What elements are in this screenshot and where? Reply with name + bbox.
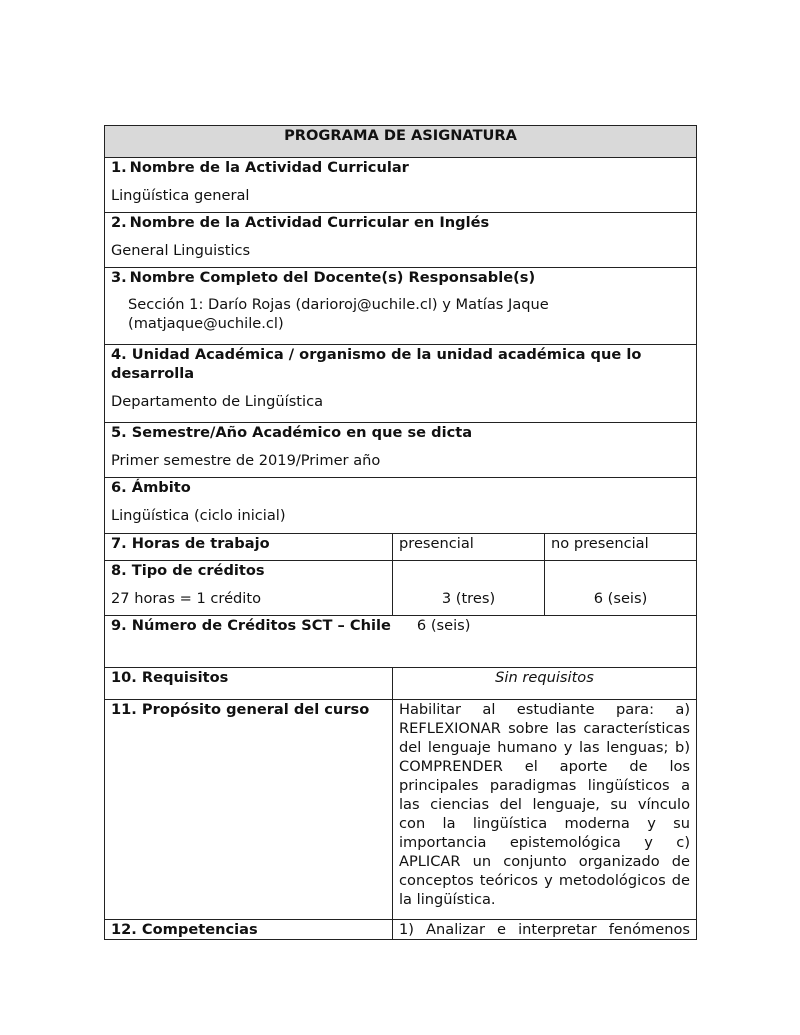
teachers-line-2: (matjaque@uchile.cl) — [128, 314, 690, 333]
section-label: 5. Semestre/Año Académico en que se dict… — [111, 423, 690, 442]
teachers-line-1: Sección 1: Darío Rojas (darioroj@uchile.… — [128, 295, 690, 314]
section-requirements: 10. Requisitos Sin requisitos — [105, 668, 697, 700]
credits-presencial: 3 (tres) — [399, 589, 538, 608]
section-value: Departamento de Lingüística — [111, 392, 690, 411]
section-value: 27 horas = 1 crédito — [111, 589, 386, 608]
section-semester: 5. Semestre/Año Académico en que se dict… — [105, 423, 697, 478]
section-label: 11. Propósito general del curso — [105, 700, 393, 920]
section-label: 4. Unidad Académica / organismo de la un… — [111, 345, 690, 383]
section-activity-name-english: 2. Nombre de la Actividad Curricular en … — [105, 213, 697, 268]
section-work-hours: 7. Horas de trabajo presencial no presen… — [105, 534, 697, 561]
section-value: 6 (seis) — [417, 616, 471, 635]
section-value: Lingüística general — [111, 186, 690, 205]
section-academic-unit: 4. Unidad Académica / organismo de la un… — [105, 345, 697, 423]
section-value: Primer semestre de 2019/Primer año — [111, 451, 690, 470]
section-value: Lingüística (ciclo inicial) — [111, 506, 690, 525]
section-competencies: 12. Competencias 1) Analizar e interpret… — [105, 920, 697, 940]
section-value: Sin requisitos — [393, 668, 697, 700]
section-activity-name: 1. Nombre de la Actividad Curricular Lin… — [105, 158, 697, 213]
section-general-purpose: 11. Propósito general del curso Habilita… — [105, 700, 697, 920]
section-sct-credits: 9. Número de Créditos SCT – Chile6 (seis… — [105, 616, 697, 668]
section-label: 3. Nombre Completo del Docente(s) Respon… — [111, 268, 690, 287]
section-label: 12. Competencias — [105, 920, 393, 940]
section-label: 8. Tipo de créditos — [111, 561, 386, 580]
document-title: PROGRAMA DE ASIGNATURA — [105, 126, 697, 158]
section-value: Sección 1: Darío Rojas (darioroj@uchile.… — [111, 295, 690, 333]
course-program-table: PROGRAMA DE ASIGNATURA 1. Nombre de la A… — [104, 125, 697, 940]
section-label: 1. Nombre de la Actividad Curricular — [111, 158, 690, 177]
section-value: General Linguistics — [111, 241, 690, 260]
section-label: 6. Ámbito — [111, 478, 690, 497]
section-label: 7. Horas de trabajo — [105, 534, 393, 561]
section-label: 2. Nombre de la Actividad Curricular en … — [111, 213, 690, 232]
section-label: 9. Número de Créditos SCT – Chile — [111, 617, 391, 634]
section-value: Habilitar al estudiante para: a) REFLEXI… — [393, 700, 697, 920]
course-program-document: PROGRAMA DE ASIGNATURA 1. Nombre de la A… — [104, 125, 696, 940]
section-label: 10. Requisitos — [105, 668, 393, 700]
section-scope: 6. Ámbito Lingüística (ciclo inicial) — [105, 478, 697, 534]
hours-presencial-header: presencial — [393, 534, 545, 561]
credits-no-presencial: 6 (seis) — [551, 589, 690, 608]
section-teachers: 3. Nombre Completo del Docente(s) Respon… — [105, 268, 697, 345]
section-value: 1) Analizar e interpretar fenómenos — [393, 920, 697, 940]
hours-no-presencial-header: no presencial — [545, 534, 697, 561]
section-credit-type: 8. Tipo de créditos 27 horas = 1 crédito… — [105, 561, 697, 616]
table-header-row: PROGRAMA DE ASIGNATURA — [105, 126, 697, 158]
